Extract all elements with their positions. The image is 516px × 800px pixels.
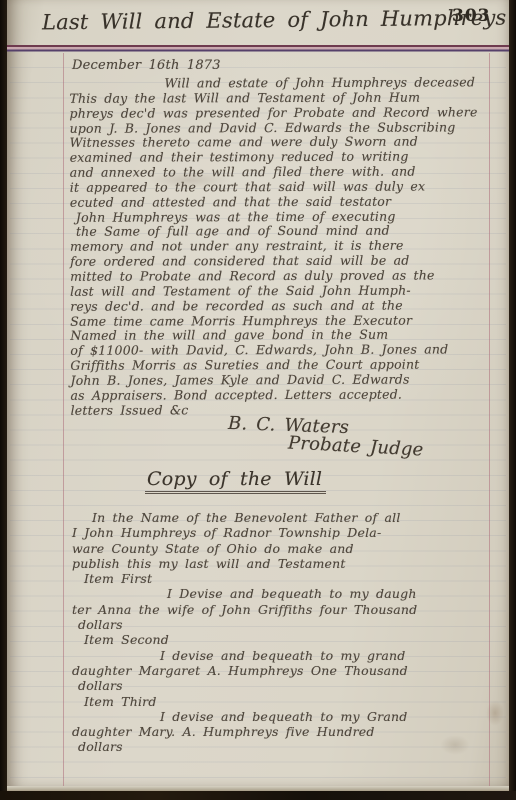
- will-line: ware County State of Ohio do make and: [72, 541, 510, 556]
- will-line: dollars: [78, 617, 510, 632]
- will-line: In the Name of the Benevolent Father of …: [92, 510, 510, 525]
- will-line: ter Anna the wife of John Griffiths four…: [72, 602, 510, 617]
- page-number: 303: [452, 6, 491, 26]
- will-section-heading-text: Copy of the Will: [145, 468, 326, 494]
- header-double-rule: [7, 44, 509, 54]
- will-line: publish this my last will and Testament: [72, 556, 510, 571]
- will-line: daughter Margaret A. Humphreys One Thous…: [72, 663, 510, 678]
- book-binding-edge: [0, 0, 7, 800]
- will-section-heading: Copy of the Will: [145, 468, 326, 490]
- will-line: dollars: [78, 739, 510, 754]
- book-right-edge: [509, 0, 516, 800]
- record-line: as Appraisers. Bond accepted. Letters ac…: [70, 387, 510, 403]
- will-line: dollars: [78, 678, 510, 693]
- will-line: I devise and bequeath to my grand: [160, 648, 510, 663]
- record-line: last will and Testament of the Said John…: [70, 283, 510, 299]
- record-date: December 16th 1873: [72, 58, 221, 73]
- probate-record-entry: Will and estate of John Humphreys deceas…: [69, 75, 510, 418]
- margin-rule-left: [63, 53, 64, 789]
- page-title: Last Will and Estate of John Humphreys D…: [42, 6, 504, 35]
- desk-background: [0, 791, 516, 800]
- record-line: ecuted and attested and that the said te…: [70, 194, 510, 210]
- ledger-scan: Last Will and Estate of John Humphreys D…: [0, 0, 516, 800]
- will-line: I John Humphreys of Radnor Township Dela…: [72, 525, 510, 540]
- record-line: reys dec'd. and be recorded as such and …: [70, 298, 510, 314]
- will-line: I Devise and bequeath to my daugh: [167, 586, 510, 601]
- will-copy-text: In the Name of the Benevolent Father of …: [72, 510, 510, 755]
- will-line: Item First: [84, 571, 510, 586]
- will-line: daughter Mary. A. Humphreys five Hundred: [72, 724, 510, 739]
- will-line: I devise and bequeath to my Grand: [160, 709, 510, 724]
- will-line: Item Second: [84, 632, 510, 647]
- will-line: Item Third: [84, 694, 510, 709]
